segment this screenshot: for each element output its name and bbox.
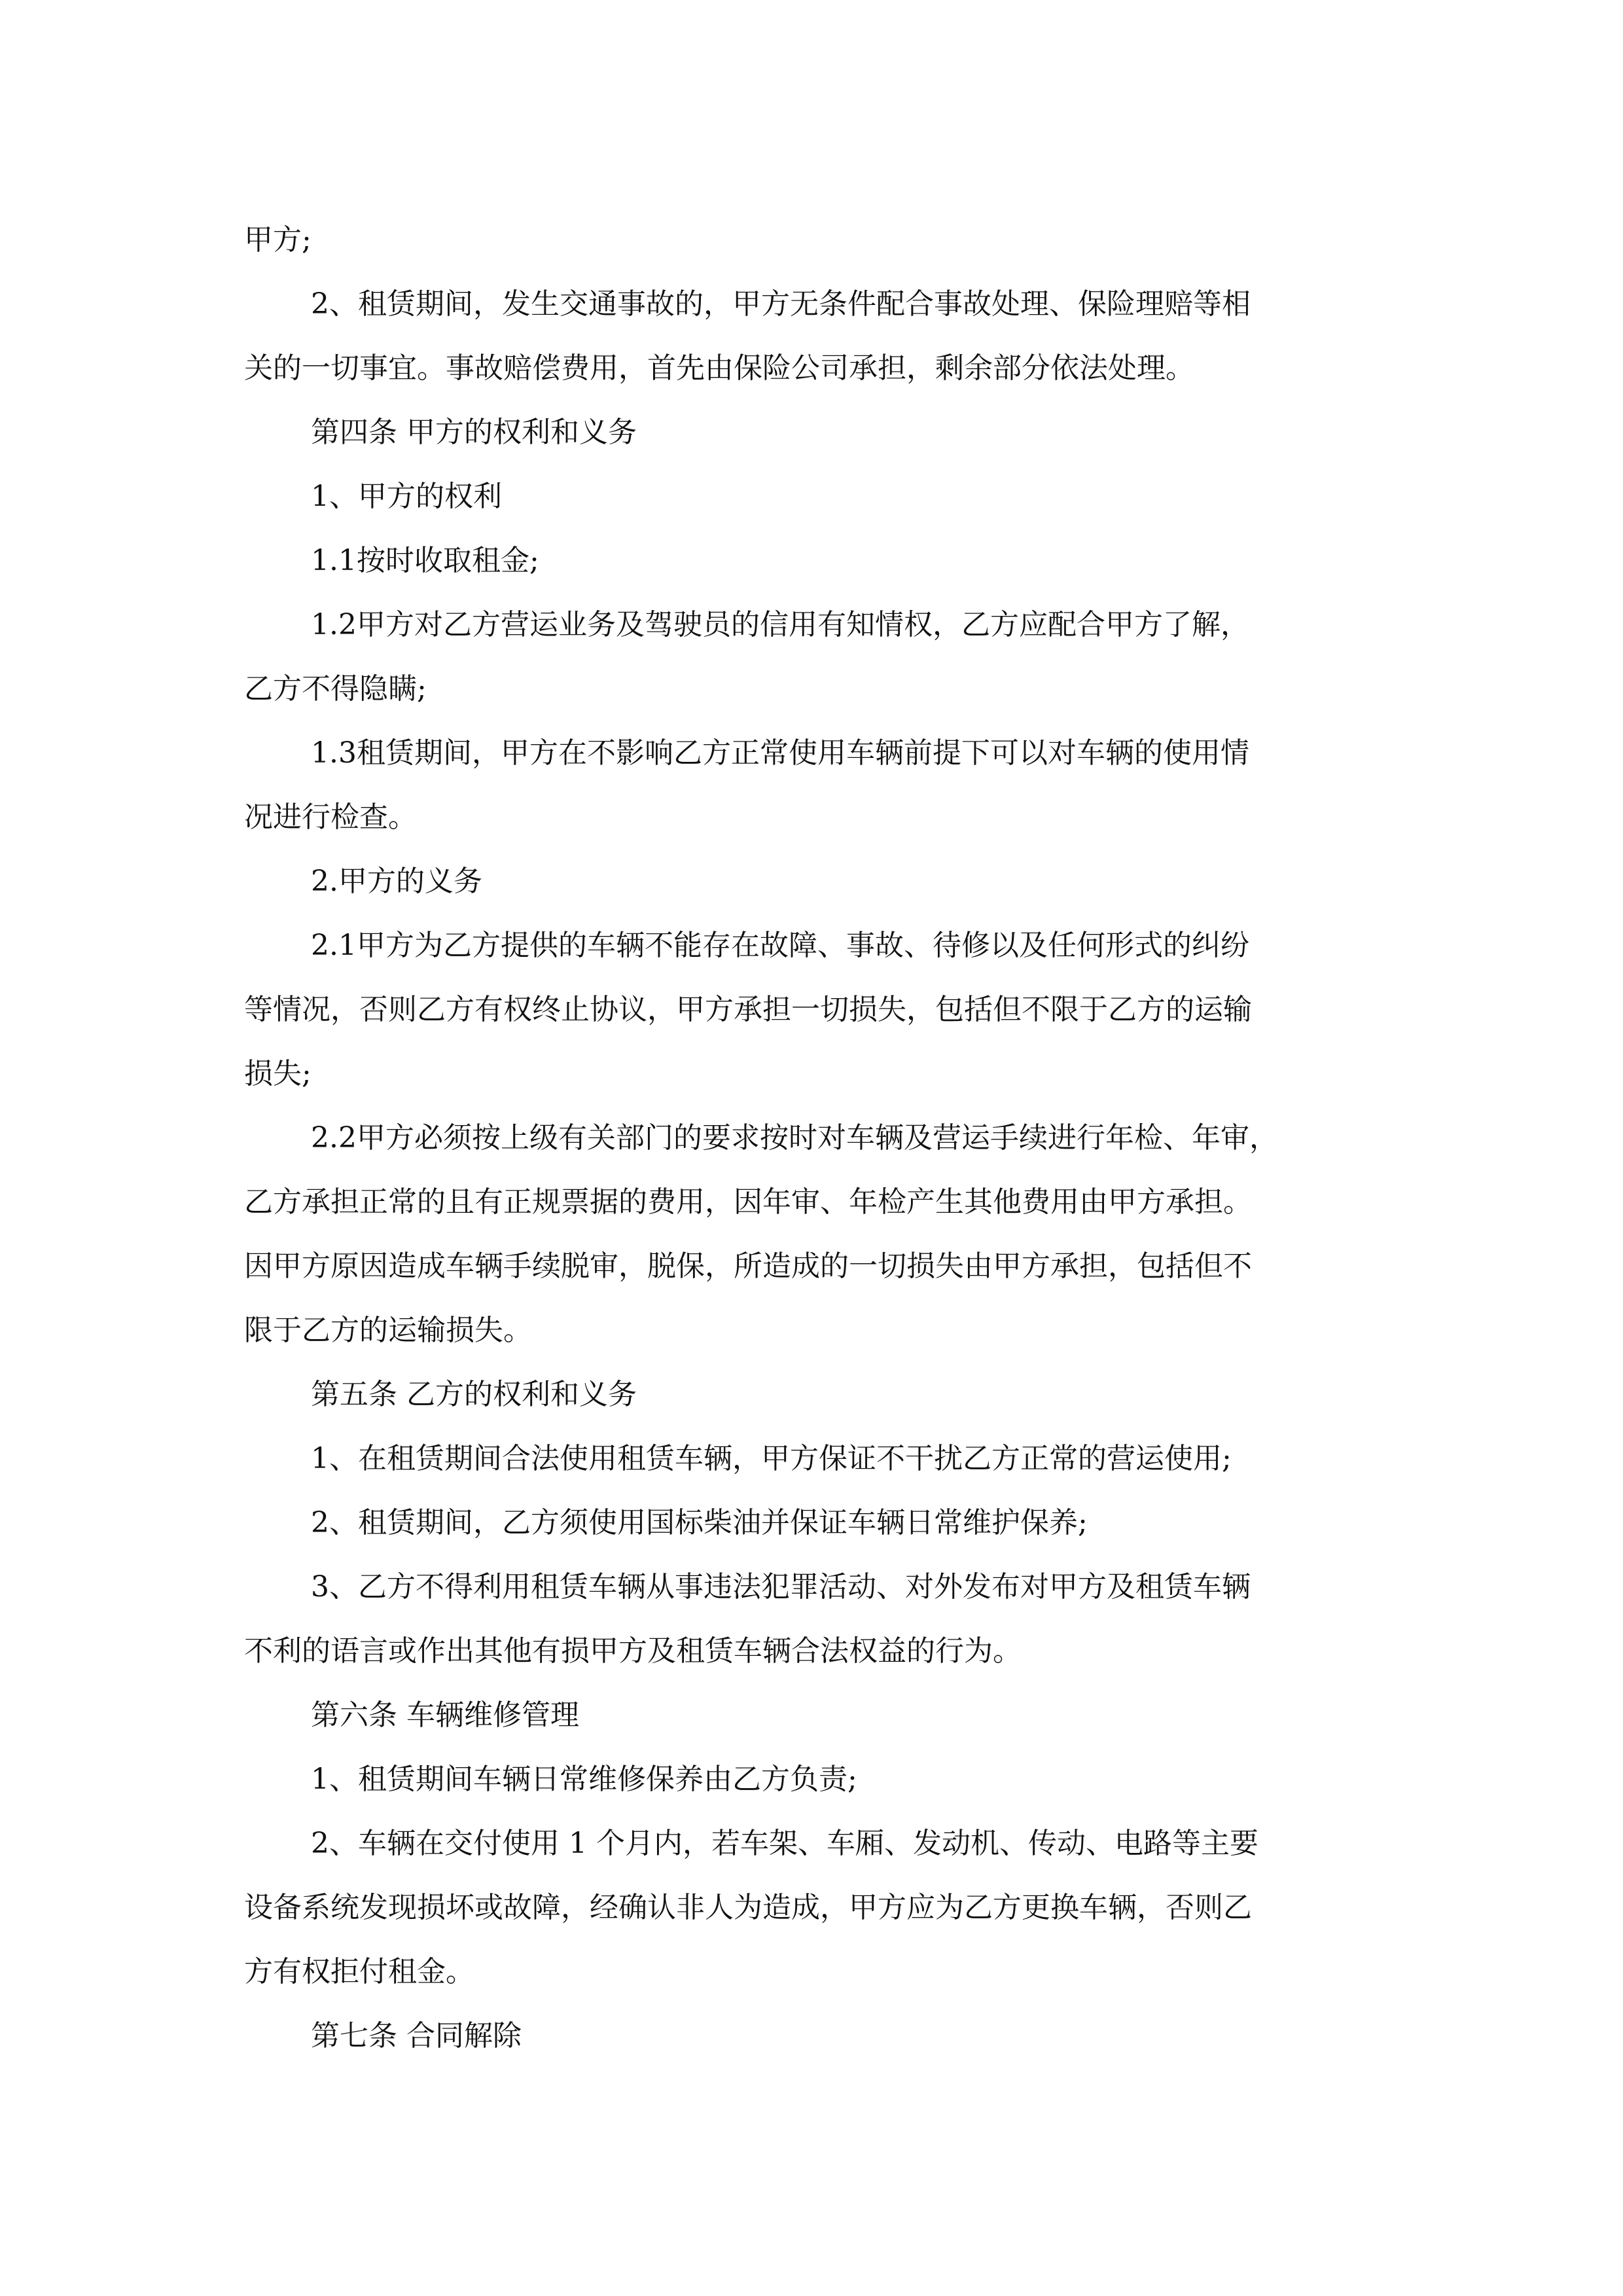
article-5-item-3-line-2: 不利的语言或作出其他有损甲方及租赁车辆合法权益的行为。 — [244, 1619, 1386, 1683]
clause-3-item-2-line-1: 2、租赁期间，发生交通事故的，甲方无条件配合事故处理、保险理赔等相 — [244, 272, 1386, 336]
item-2-2-line-2: 乙方承担正常的且有正规票据的费用，因年审、年检产生其他费用由甲方承担。 — [244, 1170, 1386, 1234]
article-6-item-1: 1、租赁期间车辆日常维修保养由乙方负责; — [244, 1748, 1386, 1812]
item-2-1-line-2: 等情况，否则乙方有权终止协议，甲方承担一切损失，包括但不限于乙方的运输 — [244, 978, 1386, 1042]
party-a-rights-heading: 1、甲方的权利 — [244, 465, 1386, 529]
article-7-heading: 第七条 合同解除 — [244, 2004, 1386, 2068]
document-page: 甲方; 2、租赁期间，发生交通事故的，甲方无条件配合事故处理、保险理赔等相 关的… — [0, 0, 1623, 2296]
article-5-item-1: 1、在租赁期间合法使用租赁车辆，甲方保证不干扰乙方正常的营运使用; — [244, 1427, 1386, 1491]
item-1-3-line-1: 1.3租赁期间，甲方在不影响乙方正常使用车辆前提下可以对车辆的使用情 — [244, 721, 1386, 785]
article-6-item-2-line-2: 设备系统发现损坏或故障，经确认非人为造成，甲方应为乙方更换车辆，否则乙 — [244, 1876, 1386, 1940]
article-5-item-3-line-1: 3、乙方不得利用租赁车辆从事违法犯罪活动、对外发布对甲方及租赁车辆 — [244, 1555, 1386, 1619]
item-2-1-line-1: 2.1甲方为乙方提供的车辆不能存在故障、事故、待修以及任何形式的纠纷 — [244, 914, 1386, 978]
item-2-2-line-1: 2.2甲方必须按上级有关部门的要求按时对车辆及营运手续进行年检、年审， — [244, 1106, 1386, 1170]
article-5-heading: 第五条 乙方的权利和义务 — [244, 1363, 1386, 1427]
item-1-2-line-2: 乙方不得隐瞒; — [244, 657, 1386, 721]
item-2-2-line-3: 因甲方原因造成车辆手续脱审，脱保，所造成的一切损失由甲方承担，包括但不 — [244, 1234, 1386, 1299]
item-1-3-line-2: 况进行检查。 — [244, 785, 1386, 850]
article-5-item-2: 2、租赁期间，乙方须使用国标柴油并保证车辆日常维护保养; — [244, 1491, 1386, 1555]
document-body: 甲方; 2、租赁期间，发生交通事故的，甲方无条件配合事故处理、保险理赔等相 关的… — [244, 208, 1386, 2068]
item-2-2-line-4: 限于乙方的运输损失。 — [244, 1299, 1386, 1363]
item-1-2-line-1: 1.2甲方对乙方营运业务及驾驶员的信用有知情权，乙方应配合甲方了解， — [244, 593, 1386, 657]
item-2-1-line-3: 损失; — [244, 1042, 1386, 1106]
party-a-obligations-heading: 2.甲方的义务 — [244, 850, 1386, 914]
article-6-heading: 第六条 车辆维修管理 — [244, 1683, 1386, 1748]
article-4-heading: 第四条 甲方的权利和义务 — [244, 401, 1386, 465]
item-1-1: 1.1按时收取租金; — [244, 529, 1386, 593]
article-6-item-2-line-1: 2、车辆在交付使用 1 个月内，若车架、车厢、发动机、传动、电路等主要 — [244, 1812, 1386, 1876]
paragraph-continuation: 甲方; — [244, 208, 1386, 272]
clause-3-item-2-line-2: 关的一切事宜。事故赔偿费用，首先由保险公司承担，剩余部分依法处理。 — [244, 336, 1386, 401]
article-6-item-2-line-3: 方有权拒付租金。 — [244, 1940, 1386, 2004]
